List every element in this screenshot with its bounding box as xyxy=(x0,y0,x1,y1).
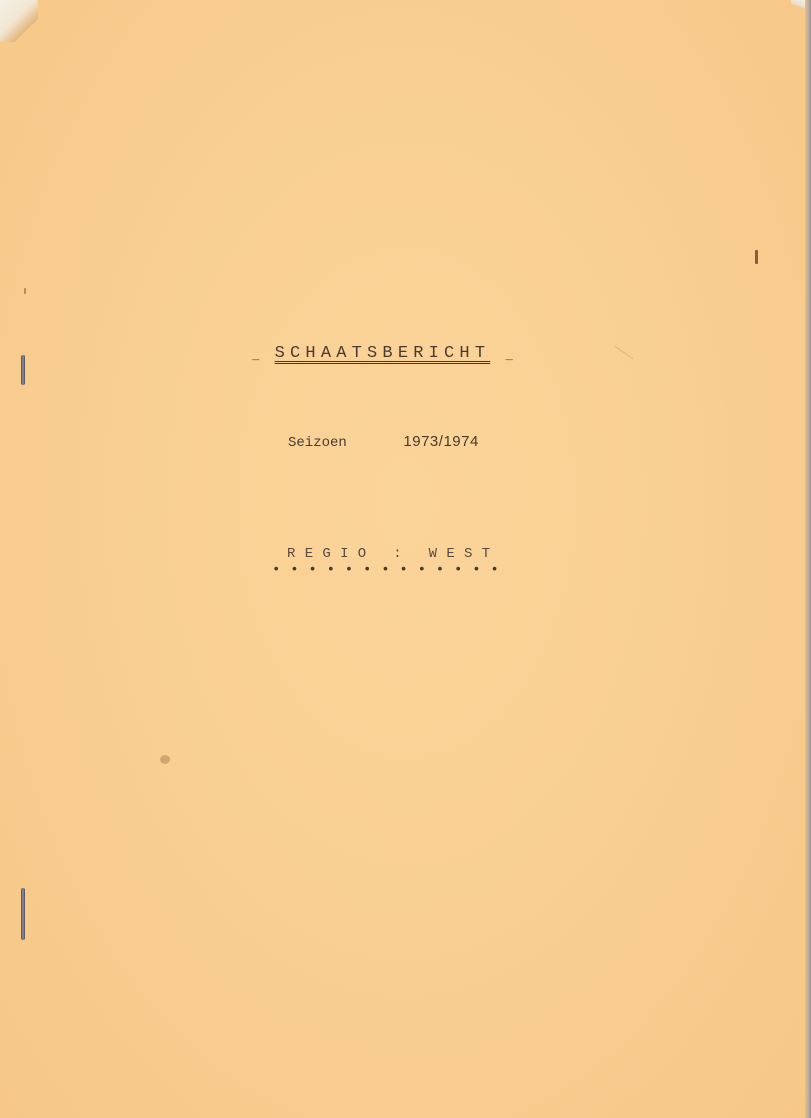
page-edge xyxy=(805,0,811,1118)
region-dotted-underline: ••••••••••••• xyxy=(272,562,509,578)
document-page: _ SCHAATSBERICHT _ Seizoen 1973/1974 REG… xyxy=(0,0,811,1118)
season-label: Seizoen xyxy=(288,435,395,451)
region-label: REGIO xyxy=(287,546,376,562)
torn-corner xyxy=(791,0,805,10)
season-value: 1973/1974 xyxy=(403,433,478,450)
title-prefix-dash: _ xyxy=(252,349,259,363)
region-value: WEST xyxy=(429,546,500,562)
ink-speck xyxy=(24,288,26,294)
staple-icon xyxy=(21,355,25,385)
region-separator: : xyxy=(393,546,411,562)
ink-speck xyxy=(160,755,170,764)
staple-icon xyxy=(21,888,25,940)
folded-corner xyxy=(0,0,38,42)
ink-speck xyxy=(755,250,758,264)
title-suffix-dash: _ xyxy=(506,349,513,363)
ink-speck xyxy=(615,346,634,359)
season-line: Seizoen 1973/1974 xyxy=(288,433,479,451)
document-title: _ SCHAATSBERICHT _ xyxy=(252,344,522,363)
region-line: REGIO : WEST xyxy=(287,546,499,562)
title-text: SCHAATSBERICHT xyxy=(275,344,491,363)
